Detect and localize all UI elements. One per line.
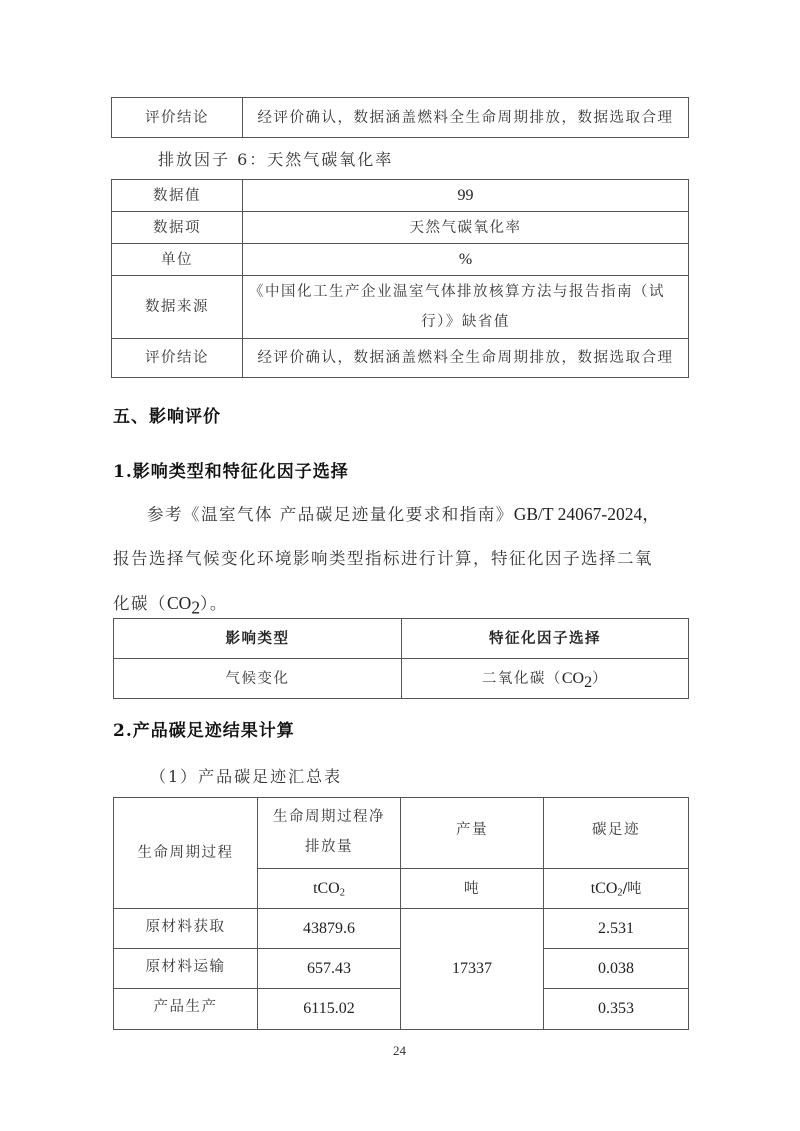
paragraph-line1: 参考《温室气体 产品碳足迹量化要求和指南》GB/T 24067-2024， — [113, 492, 693, 537]
header-emission-line2: 排放量 — [264, 832, 394, 862]
co2-formula: CO — [167, 593, 191, 613]
table-header-row: 生命周期过程 生命周期过程净 排放量 产量 碳足迹 — [114, 798, 689, 869]
row-label: 评价结论 — [112, 339, 243, 378]
paragraph-text: 化碳（ — [113, 594, 167, 613]
header-footprint: 碳足迹 — [544, 798, 689, 869]
unit-footprint: tCO2/吨 — [544, 869, 689, 909]
subscript: 2 — [584, 674, 592, 691]
co2-formula: CO — [562, 670, 584, 687]
row-label: 评价结论 — [112, 98, 243, 138]
factor6-caption: 排放因子 6：天然气碳氧化率 — [158, 147, 393, 170]
footprint-value: 2.531 — [544, 909, 689, 949]
row-label: 单位 — [112, 244, 243, 276]
table-row: 评价结论 经评价确认，数据涵盖燃料全生命周期排放，数据选取合理 — [112, 339, 689, 378]
row-label: 数据来源 — [112, 276, 243, 339]
table-row: 单位 % — [112, 244, 689, 276]
table-row: 评价结论 经评价确认，数据涵盖燃料全生命周期排放，数据选取合理 — [112, 98, 689, 138]
evaluation-conclusion: 经评价确认，数据涵盖燃料全生命周期排放，数据选取合理 — [243, 339, 689, 378]
paragraph-line2: 报告选择气候变化环境影响类型指标进行计算，特征化因子选择二氧 — [113, 537, 693, 581]
paragraph-text: 参考《温室气体 产品碳足迹量化要求和指南》 — [147, 505, 514, 524]
cell-text: 二氧化碳（ — [482, 671, 562, 687]
header-factor: 特征化因子选择 — [402, 619, 689, 659]
impact-type: 气候变化 — [114, 659, 402, 699]
header-impact-type: 影响类型 — [114, 619, 402, 659]
impact-type-table: 影响类型 特征化因子选择 气候变化 二氧化碳（CO2） — [113, 618, 689, 699]
table-row: 数据项 天然气碳氧化率 — [112, 212, 689, 244]
data-value: 99 — [243, 180, 689, 212]
row-label: 数据值 — [112, 180, 243, 212]
process-name: 原材料运输 — [114, 949, 258, 989]
carbon-footprint-summary-table: 生命周期过程 生命周期过程净 排放量 产量 碳足迹 tCO2 吨 tCO2/吨 … — [113, 797, 689, 1030]
header-output: 产量 — [401, 798, 544, 869]
emission-value: 43879.6 — [258, 909, 401, 949]
unit: % — [243, 244, 689, 276]
footprint-value: 0.353 — [544, 989, 689, 1030]
table-row: 数据来源 《中国化工生产企业温室气体排放核算方法与报告指南（试 行）》缺省值 — [112, 276, 689, 339]
data-source-line1: 《中国化工生产企业温室气体排放核算方法与报告指南（试 — [249, 277, 682, 307]
cell-text: ） — [592, 671, 608, 687]
unit-text: tCO — [591, 880, 618, 897]
subsection-title-2: 2.产品碳足迹结果计算 — [113, 716, 295, 741]
table-row: 原材料获取 43879.6 17337 2.531 — [114, 909, 689, 949]
unit-output: 吨 — [401, 869, 544, 909]
table-header-row: 影响类型 特征化因子选择 — [114, 619, 689, 659]
process-name: 原材料获取 — [114, 909, 258, 949]
subscript: 2 — [340, 887, 345, 898]
emission-value: 657.43 — [258, 949, 401, 989]
table-row: 气候变化 二氧化碳（CO2） — [114, 659, 689, 699]
factor6-table: 数据值 99 数据项 天然气碳氧化率 单位 % 数据来源 《中国化工生产企业温室… — [111, 179, 689, 378]
process-name: 产品生产 — [114, 989, 258, 1030]
data-item: 天然气碳氧化率 — [243, 212, 689, 244]
characterization-factor: 二氧化碳（CO2） — [402, 659, 689, 699]
summary-table-caption: （1）产品碳足迹汇总表 — [150, 764, 342, 787]
output-value: 17337 — [401, 909, 544, 1030]
unit-text: /吨 — [623, 881, 642, 897]
unit-emission: tCO2 — [258, 869, 401, 909]
subsection-title-1: 1.影响类型和特征化因子选择 — [113, 457, 349, 482]
header-emission-line1: 生命周期过程净 — [264, 802, 394, 832]
header-process: 生命周期过程 — [114, 798, 258, 909]
table-row: 数据值 99 — [112, 180, 689, 212]
paragraph-text: ）。 — [200, 594, 228, 613]
footprint-value: 0.038 — [544, 949, 689, 989]
row-value: 经评价确认，数据涵盖燃料全生命周期排放，数据选取合理 — [243, 98, 689, 138]
paragraph: 参考《温室气体 产品碳足迹量化要求和指南》GB/T 24067-2024， 报告… — [113, 492, 693, 626]
subscript: 2 — [191, 597, 200, 617]
unit-text: tCO — [313, 880, 340, 897]
emission-value: 6115.02 — [258, 989, 401, 1030]
page-number: 24 — [393, 1043, 406, 1059]
row-label: 数据项 — [112, 212, 243, 244]
data-source-line2: 行）》缺省值 — [249, 307, 682, 337]
data-source: 《中国化工生产企业温室气体排放核算方法与报告指南（试 行）》缺省值 — [243, 276, 689, 339]
standard-code: GB/T 24067-2024， — [514, 504, 660, 524]
header-emission: 生命周期过程净 排放量 — [258, 798, 401, 869]
prev-evaluation-table: 评价结论 经评价确认，数据涵盖燃料全生命周期排放，数据选取合理 — [111, 97, 689, 138]
section-title: 五、影响评价 — [113, 402, 221, 427]
